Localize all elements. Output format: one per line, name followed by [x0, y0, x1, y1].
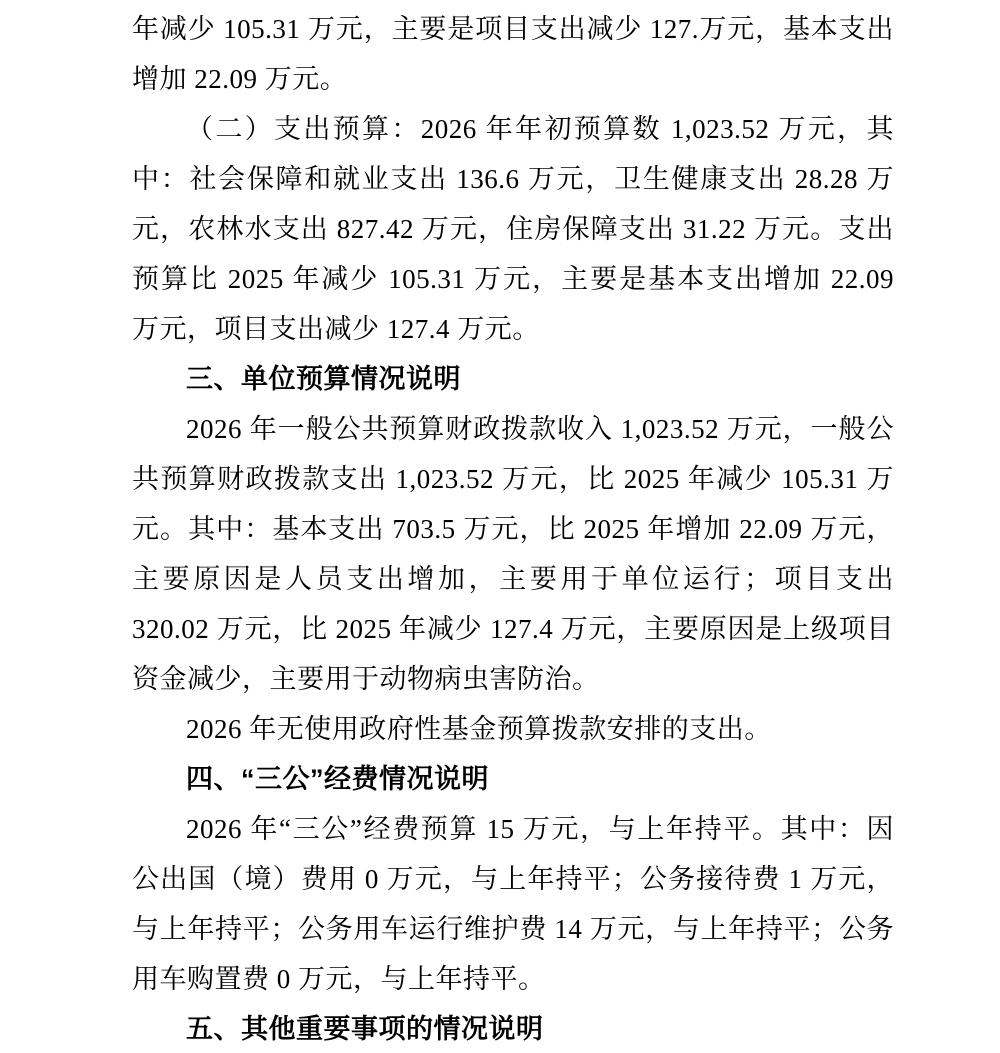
body-paragraph: 年减少 105.31 万元，主要是项目支出减少 127.万元，基本支出增加 22…: [132, 4, 894, 104]
document-page: 年减少 105.31 万元，主要是项目支出减少 127.万元，基本支出增加 22…: [0, 0, 1000, 1053]
document-body: 年减少 105.31 万元，主要是项目支出减少 127.万元，基本支出增加 22…: [132, 4, 894, 1053]
body-paragraph: 2026 年一般公共预算财政拨款收入 1,023.52 万元，一般公共预算财政拨…: [132, 404, 894, 704]
section-heading: 五、其他重要事项的情况说明: [132, 1004, 894, 1053]
body-paragraph: 2026 年无使用政府性基金预算拨款安排的支出。: [132, 704, 894, 754]
body-paragraph: （二）支出预算：2026 年年初预算数 1,023.52 万元，其中：社会保障和…: [132, 104, 894, 354]
body-paragraph: 2026 年“三公”经费预算 15 万元，与上年持平。其中：因公出国（境）费用 …: [132, 804, 894, 1004]
section-heading: 四、“三公”经费情况说明: [132, 754, 894, 804]
section-heading: 三、单位预算情况说明: [132, 354, 894, 404]
